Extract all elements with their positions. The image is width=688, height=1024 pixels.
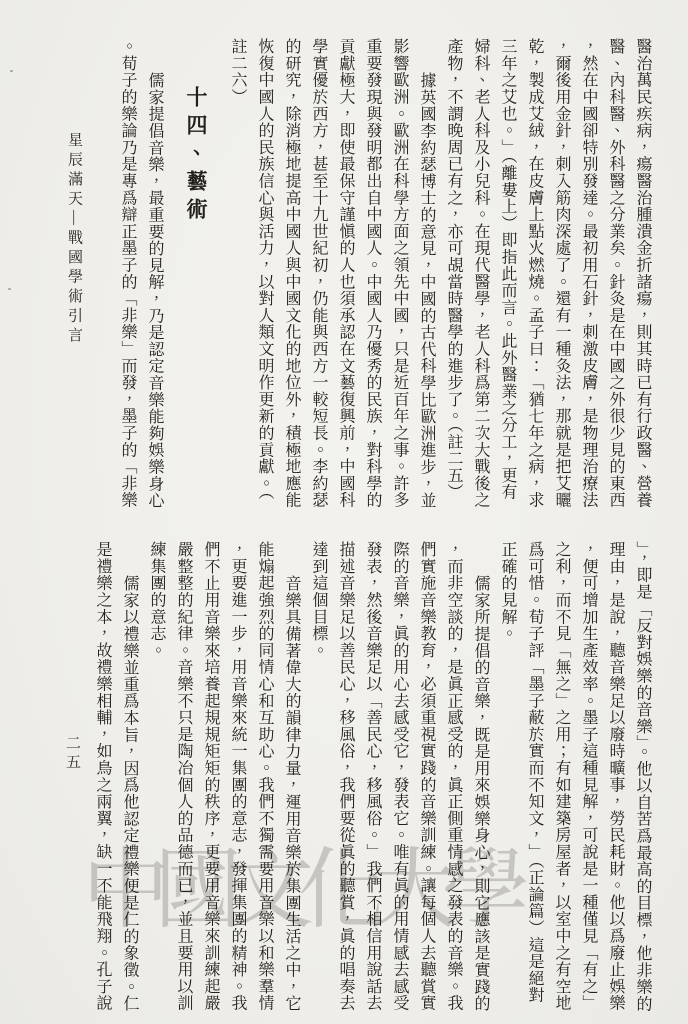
top-text-block: 醫治萬民疾病，瘍醫治腫潰金折諸瘍，則其時已有行政醫、營養醫、內科醫、外科醫之分業… bbox=[114, 38, 656, 510]
scanned-book-page: 醫治萬民疾病，瘍醫治腫潰金折諸瘍，則其時已有行政醫、營養醫、內科醫、外科醫之分業… bbox=[0, 0, 688, 1024]
paragraph-mozi-against-music: 」，即是「反對娛樂的音樂」。他以自苦爲最高的目標，他非樂的理由，是說，聽音樂足以… bbox=[494, 541, 656, 1013]
running-title: 星辰滿天—戰國學術引言 bbox=[64, 132, 85, 347]
scan-speck bbox=[8, 288, 11, 290]
paragraph-medicine-continuation: 醫治萬民疾病，瘍醫治腫潰金折諸瘍，則其時已有行政醫、營養醫、內科醫、外科醫之分業… bbox=[440, 38, 656, 510]
paragraph-rites-and-music: 儒家以禮樂並重爲本旨，因爲他認定禮樂便是仁的象徵。仁是禮樂之本，故禮樂相輔，如鳥… bbox=[89, 541, 143, 1013]
paragraph-practical-music-education: 儒家所提倡的音樂，既是用來娛樂身心，則它應該是實踐的，而非空談的，是眞正感受的，… bbox=[305, 541, 494, 1013]
scan-speck bbox=[10, 70, 13, 72]
page-number: 二五 bbox=[62, 735, 83, 773]
paragraph-music-group-spirit: 音樂具備著偉大的韻律力量，運用音樂於集團生活之中，它能煽起強烈的同情心和互助心。… bbox=[143, 541, 305, 1013]
paragraph-needham-science: 據英國李約瑟博士的意見，中國的古代科學比歐洲進步，並影響歐洲。歐洲在科學方面之領… bbox=[224, 38, 440, 510]
bottom-text-block: 」，即是「反對娛樂的音樂」。他以自苦爲最高的目標，他非樂的理由，是說，聽音樂足以… bbox=[89, 541, 656, 1013]
paragraph-confucian-music-intro: 儒家提倡音樂，最重要的見解，乃是認定音樂能夠娛樂身心。荀子的樂論乃是專爲辯正墨子… bbox=[114, 38, 168, 510]
section-heading-art: 十四、藝術 bbox=[179, 38, 213, 510]
